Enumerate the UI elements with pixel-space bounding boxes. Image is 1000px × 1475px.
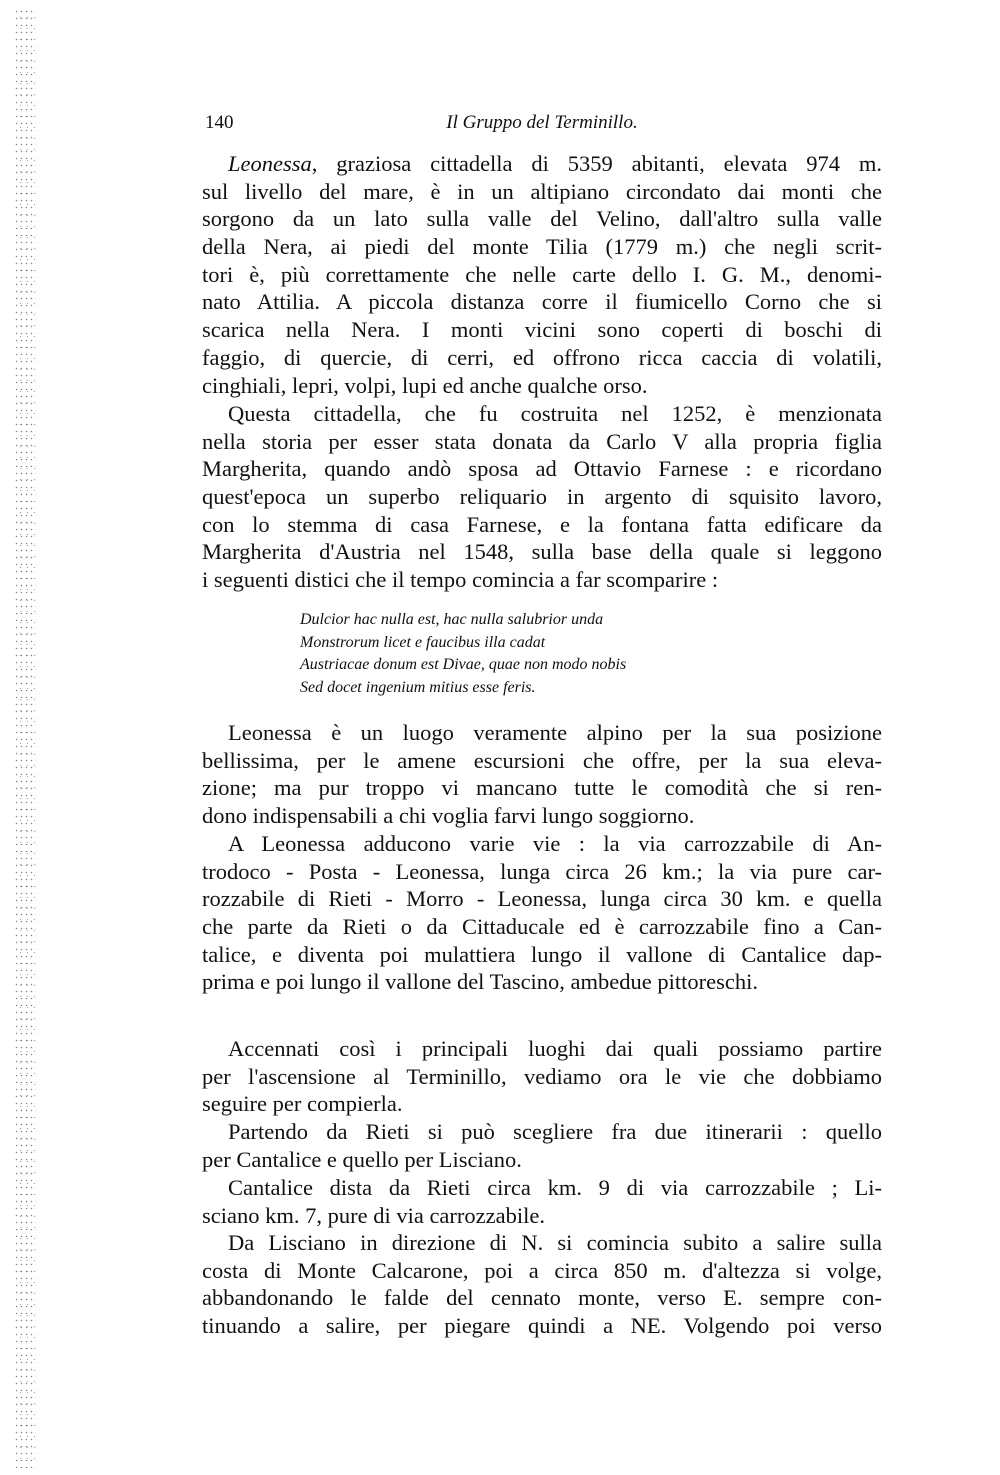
text-line: trodoco - Posta - Leonessa, lunga circa … <box>202 858 882 886</box>
text-line: abbandonando le falde del cennato monte,… <box>202 1284 882 1312</box>
text-line: prima e poi lungo il vallone del Tascino… <box>202 968 882 996</box>
paragraph-routes: A Leonessa adducono varie vie : la via c… <box>202 830 882 996</box>
paragraph-ascension-intro: Accennati così i principali luoghi dai q… <box>202 1035 882 1118</box>
italic-place-name: Leonessa <box>228 151 312 176</box>
paragraph-leonessa-intro: Leonessa, graziosa cittadella di 5359 ab… <box>202 150 882 399</box>
verse-line: Monstrorum licet e faucibus illa cadat <box>300 632 770 655</box>
text-line: Questa cittadella, che fu costruita nel … <box>202 400 882 428</box>
verse-line: Sed docet ingenium mitius esse feris. <box>300 677 770 700</box>
text-line: i seguenti distici che il tempo comincia… <box>202 566 882 594</box>
text-line: costa di Monte Calcarone, poi a circa 85… <box>202 1257 882 1285</box>
latin-distich: Dulcior hac nulla est, hac nulla salubri… <box>300 609 770 699</box>
paragraph-itineraries: Partendo da Rieti si può scegliere fra d… <box>202 1118 882 1173</box>
text-line: Margherita, quando andò sposa ad Ottavio… <box>202 455 882 483</box>
page-header: 140 Il Gruppo del Terminillo. <box>202 112 882 138</box>
running-title: Il Gruppo del Terminillo. <box>202 112 882 134</box>
scan-edge-noise <box>14 8 36 1468</box>
text-line: nella storia per esser stata donata da C… <box>202 428 882 456</box>
text-line: della Nera, ai piedi del monte Tilia (17… <box>202 233 882 261</box>
verse-line: Dulcior hac nulla est, hac nulla salubri… <box>300 609 770 632</box>
text-line: nato Attilia. A piccola distanza corre i… <box>202 288 882 316</box>
text-line: rozzabile di Rieti - Morro - Leonessa, l… <box>202 885 882 913</box>
text-line: A Leonessa adducono varie vie : la via c… <box>202 830 882 858</box>
text-line: Leonessa, graziosa cittadella di 5359 ab… <box>202 150 882 178</box>
paragraph-history: Questa cittadella, che fu costruita nel … <box>202 400 882 594</box>
text-line: Leonessa è un luogo veramente alpino per… <box>202 719 882 747</box>
text-line: Cantalice dista da Rieti circa km. 9 di … <box>202 1174 882 1202</box>
text-line: Margherita d'Austria nel 1548, sulla bas… <box>202 538 882 566</box>
text-line: con lo stemma di casa Farnese, e la font… <box>202 511 882 539</box>
text-line: Da Lisciano in direzione di N. si cominc… <box>202 1229 882 1257</box>
text-line: per Cantalice e quello per Lisciano. <box>202 1146 882 1174</box>
text-line: per l'ascensione al Terminillo, vediamo … <box>202 1063 882 1091</box>
verse-line: Austriacae donum est Divae, quae non mod… <box>300 654 770 677</box>
text-line: dono indispensabili a chi voglia farvi l… <box>202 802 882 830</box>
text-line: seguire per compierla. <box>202 1090 882 1118</box>
text-line: tori è, più correttamente che nelle cart… <box>202 261 882 289</box>
text-line: Partendo da Rieti si può scegliere fra d… <box>202 1118 882 1146</box>
text-line: bellissima, per le amene escursioni che … <box>202 747 882 775</box>
text-line: zione; ma pur troppo vi mancano tutte le… <box>202 774 882 802</box>
text-line: tinuando a salire, per piegare quindi a … <box>202 1312 882 1340</box>
text-line: sciano km. 7, pure di via carrozzabile. <box>202 1202 882 1230</box>
text-line: talice, e diventa poi mulattiera lungo i… <box>202 941 882 969</box>
text-line: faggio, di quercie, di cerri, ed offrono… <box>202 344 882 372</box>
paragraph-lisciano-route: Da Lisciano in direzione di N. si cominc… <box>202 1229 882 1340</box>
paragraph-distances: Cantalice dista da Rieti circa km. 9 di … <box>202 1174 882 1229</box>
text-line: Accennati così i principali luoghi dai q… <box>202 1035 882 1063</box>
paragraph-alpine: Leonessa è un luogo veramente alpino per… <box>202 719 882 830</box>
text-line: sorgono da un lato sulla valle del Velin… <box>202 205 882 233</box>
text-line: sul livello del mare, è in un altipiano … <box>202 178 882 206</box>
text-line: scarica nella Nera. I monti vicini sono … <box>202 316 882 344</box>
text-line: quest'epoca un superbo reliquario in arg… <box>202 483 882 511</box>
text-line: che parte da Rieti o da Cittaducale ed è… <box>202 913 882 941</box>
text-line: cinghiali, lepri, volpi, lupi ed anche q… <box>202 372 882 400</box>
